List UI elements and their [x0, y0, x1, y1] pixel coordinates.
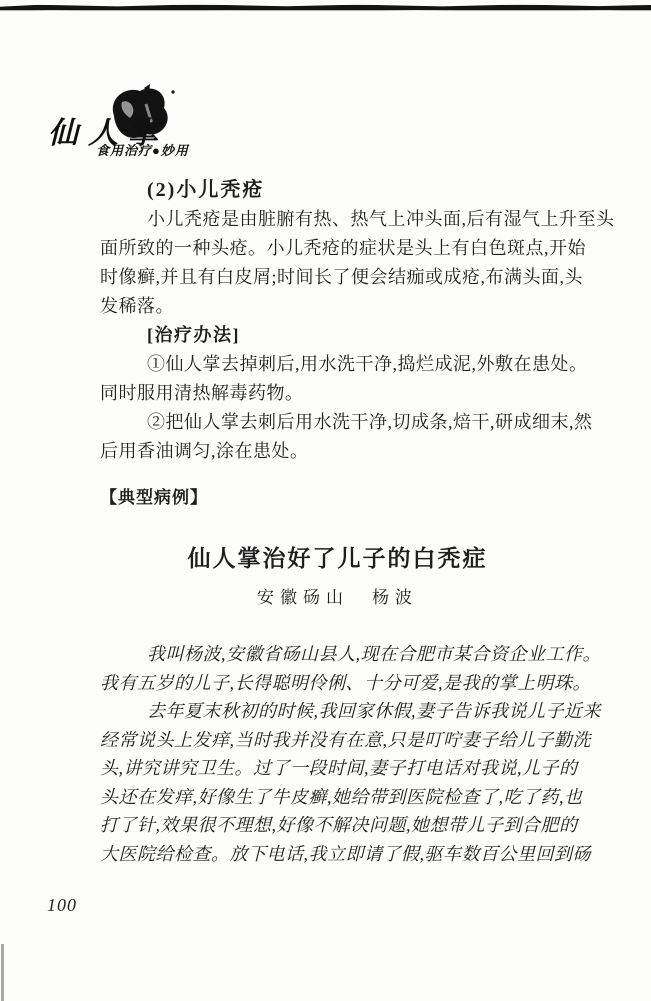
narrative-line: 我有五岁的儿子,长得聪明伶俐、十分可爱,是我的掌上明珠。	[100, 669, 630, 698]
case-author: 安徽砀山 杨波	[100, 583, 575, 608]
narrative-line: 头还在发痒,好像生了牛皮癣,她给带到医院检查了,吃了药,也	[100, 783, 630, 812]
treatment-step-line: 后用香油调匀,涂在患处。	[100, 437, 580, 466]
narrative-line: 大医院给检查。放下电话,我立即请了假,驱车数百公里回到砀	[100, 840, 630, 869]
scanned-book-page: 仙人掌 食用治疗●妙用 (2)小儿秃疮 小儿秃疮是由脏腑有热、热气上冲头面,后有…	[0, 0, 651, 1001]
body-text-line: 时像癣,并且有白皮屑;时间长了便会结痂或成疮,布满头面,头	[100, 263, 580, 292]
book-logo: 仙人掌 食用治疗●妙用	[48, 84, 258, 168]
section-disease: (2)小儿秃疮 小儿秃疮是由脏腑有热、热气上冲头面,后有湿气上升至头 面所致的一…	[100, 176, 580, 466]
logo-subtitle: 食用治疗●妙用	[96, 140, 189, 159]
body-text-line: 面所致的一种头疮。小儿秃疮的症状是头上有白色斑点,开始	[100, 234, 580, 263]
narrative-line: 头,讲究讲究卫生。过了一段时间,妻子打电话对我说,儿子的	[100, 754, 630, 783]
treatment-method-label: [治疗办法]	[100, 321, 580, 350]
narrative-line: 打了针,效果很不理想,好像不解决问题,她想带儿子到合肥的	[100, 811, 630, 840]
typical-case-label: 【典型病例】	[100, 483, 208, 512]
section-heading: (2)小儿秃疮	[100, 176, 580, 205]
case-narrative: 我叫杨波,安徽省砀山县人,现在合肥市某合资企业工作。 我有五岁的儿子,长得聪明伶…	[100, 640, 630, 868]
body-text-line: 发稀落。	[100, 292, 580, 321]
narrative-line: 我叫杨波,安徽省砀山县人,现在合肥市某合资企业工作。	[100, 640, 630, 669]
treatment-step-line: ②把仙人掌去刺后用水洗干净,切成条,焙干,研成细末,然	[100, 408, 580, 437]
scan-artifact-line	[1, 944, 4, 1001]
narrative-line: 去年夏末秋初的时候,我回家休假,妻子告诉我说儿子近来	[100, 697, 630, 726]
treatment-step-line: ①仙人掌去掉刺后,用水洗干净,捣烂成泥,外敷在患处。	[100, 350, 580, 379]
case-title: 仙人掌治好了儿子的白秃症	[100, 540, 575, 573]
top-scan-rule	[0, 4, 651, 12]
treatment-step-line: 同时服用清热解毒药物。	[100, 379, 580, 408]
narrative-line: 经常说头上发痒,当时我并没有在意,只是叮咛妻子给儿子勤洗	[100, 726, 630, 755]
page-number: 100	[47, 895, 77, 916]
body-text-line: 小儿秃疮是由脏腑有热、热气上冲头面,后有湿气上升至头	[100, 205, 580, 234]
